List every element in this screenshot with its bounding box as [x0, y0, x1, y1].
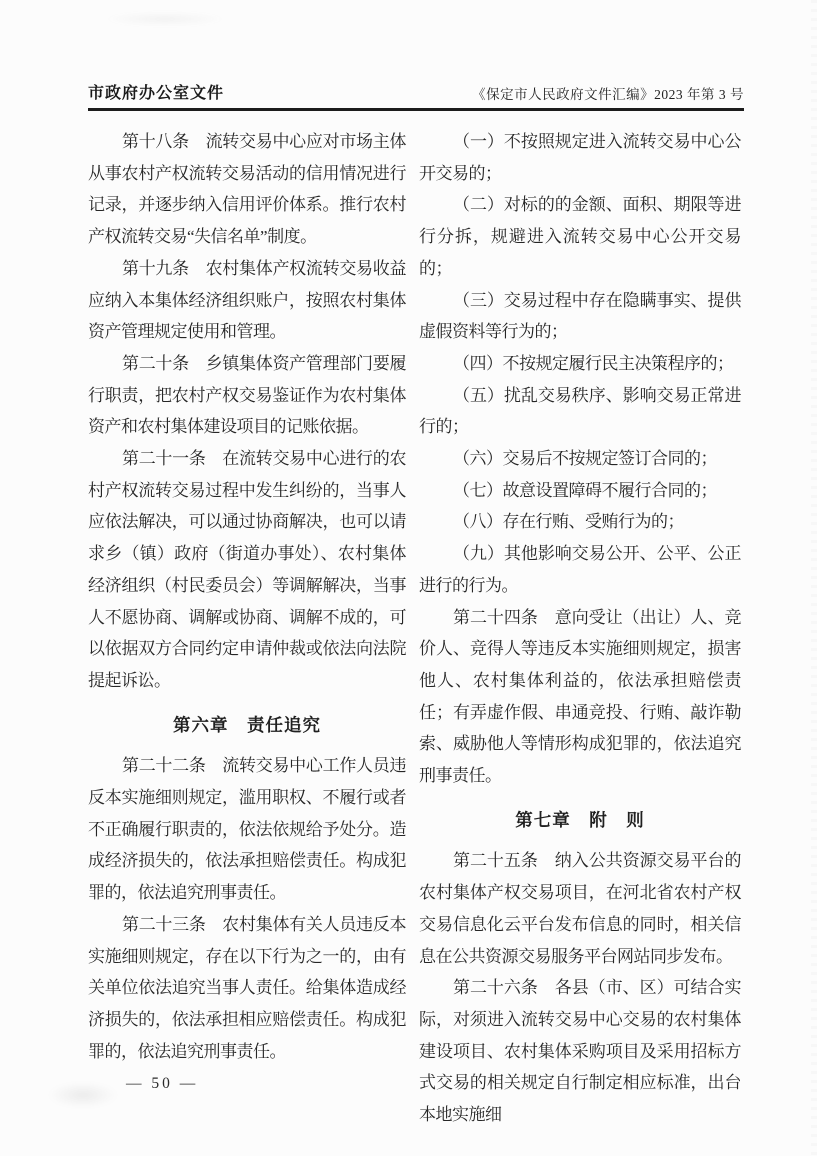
- document-body: 第十八条 流转交易中心应对市场主体从事农村产权流转交易活动的信用情况进行记录，并…: [88, 126, 741, 1131]
- scan-smudge: [105, 12, 225, 26]
- page-header: 市政府办公室文件 《保定市人民政府文件汇编》2023 年第 3 号: [88, 80, 744, 111]
- header-compilation-source: 《保定市人民政府文件汇编》2023 年第 3 号: [472, 83, 744, 103]
- left-column: 第十八条 流转交易中心应对市场主体从事农村产权流转交易活动的信用情况进行记录，并…: [88, 126, 406, 1131]
- right-column: （一）不按照规定进入流转交易中心公开交易的； （二）对标的的金额、面积、期限等进…: [419, 126, 741, 1131]
- para-article-18: 第十八条 流转交易中心应对市场主体从事农村产权流转交易活动的信用情况进行记录，并…: [88, 126, 406, 253]
- header-document-category: 市政府办公室文件: [88, 80, 224, 103]
- para-article-21: 第二十一条 在流转交易中心进行的农村产权流转交易过程中发生纠纷的，当事人应依法解…: [88, 443, 406, 697]
- para-article-22: 第二十二条 流转交易中心工作人员违反本实施细则规定，滥用职权、不履行或者不正确履…: [88, 750, 406, 909]
- list-item-3: （三）交易过程中存在隐瞒事实、提供虚假资料等行为的；: [419, 285, 741, 348]
- para-article-20: 第二十条 乡镇集体资产管理部门要履行职责，把农村产权交易鉴证作为农村集体资产和农…: [88, 348, 406, 443]
- chapter-7-heading: 第七章 附 则: [419, 805, 741, 837]
- para-article-19: 第十九条 农村集体产权流转交易收益应纳入本集体经济组织账户，按照农村集体资产管理…: [88, 253, 406, 348]
- chapter-6-heading: 第六章 责任追究: [88, 710, 406, 742]
- list-item-8: （八）存在行贿、受贿行为的；: [419, 506, 741, 538]
- list-item-4: （四）不按规定履行民主决策程序的；: [419, 348, 741, 380]
- list-item-1: （一）不按照规定进入流转交易中心公开交易的；: [419, 126, 741, 189]
- scan-edge-noise: [811, 0, 817, 1156]
- list-item-7: （七）故意设置障碍不履行合同的；: [419, 475, 741, 507]
- scanned-document-page: 市政府办公室文件 《保定市人民政府文件汇编》2023 年第 3 号 第十八条 流…: [0, 0, 817, 1156]
- list-item-6: （六）交易后不按规定签订合同的；: [419, 443, 741, 475]
- list-item-2: （二）对标的的金额、面积、期限等进行分拆，规避进入流转交易中心公开交易的；: [419, 189, 741, 284]
- para-article-25: 第二十五条 纳入公共资源交易平台的农村集体产权交易项目，在河北省农村产权交易信息…: [419, 845, 741, 972]
- list-item-9: （九）其他影响交易公开、公平、公正进行的行为。: [419, 538, 741, 601]
- list-item-5: （五）扰乱交易秩序、影响交易正常进行的；: [419, 380, 741, 443]
- para-article-23: 第二十三条 农村集体有关人员违反本实施细则规定，存在以下行为之一的，由有关单位依…: [88, 909, 406, 1068]
- para-article-24: 第二十四条 意向受让（出让）人、竞价人、竞得人等违反本实施细则规定，损害他人、农…: [419, 602, 741, 792]
- page-number: — 50 —: [88, 1068, 406, 1100]
- para-article-26: 第二十六条 各县（市、区）可结合实际，对须进入流转交易中心交易的农村集体建设项目…: [419, 972, 741, 1131]
